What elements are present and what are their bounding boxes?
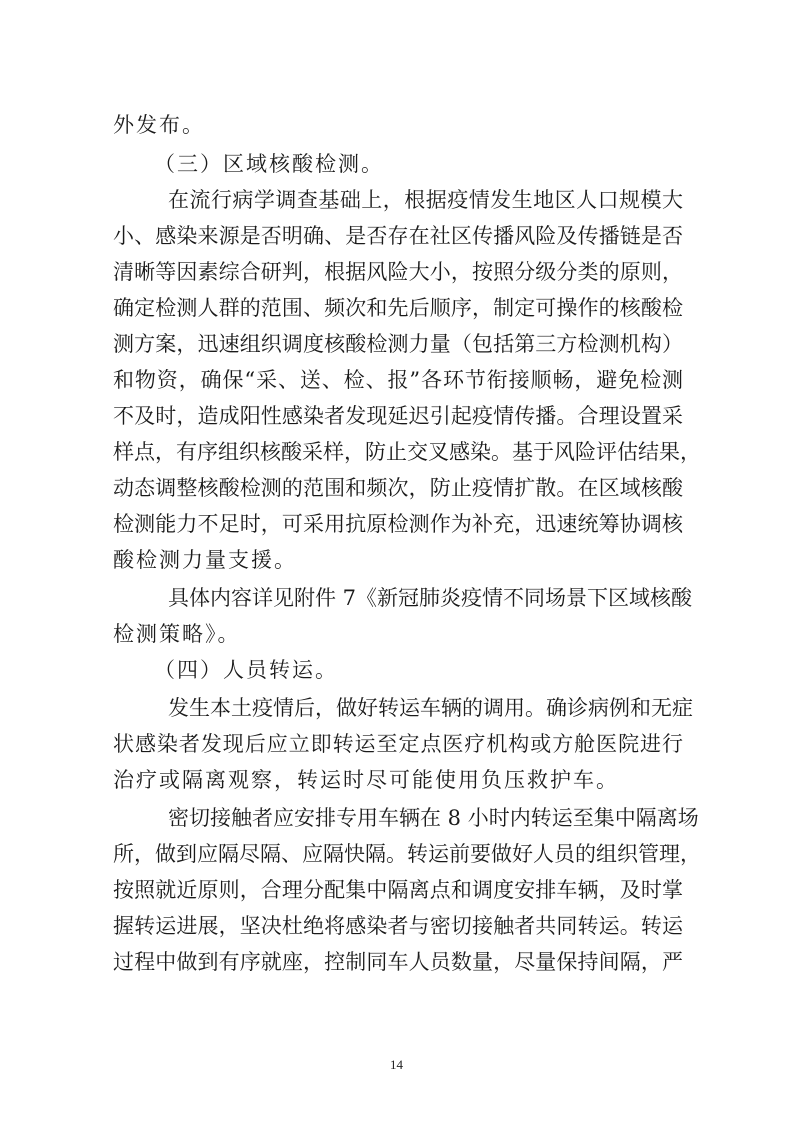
paragraph-line: 发生本土疫情后，做好转运车辆的调用。确诊病例和无症 (168, 690, 683, 726)
paragraph-line: 检测能力不足时，可采用抗原检测作为补充，迅速统筹协调核 (113, 506, 683, 542)
paragraph-line: 小、感染来源是否明确、是否存在社区传播风险及传播链是否 (113, 218, 683, 254)
paragraph-line: 握转运进展，坚决杜绝将感染者与密切接触者共同转运。转运 (113, 908, 683, 944)
page-number: 14 (0, 1057, 793, 1073)
document-page: 外发布。（三）区域核酸检测。在流行病学调查基础上，根据疫情发生地区人口规模大小、… (0, 0, 793, 1122)
paragraph-line: 测方案，迅速组织调度核酸检测力量（包括第三方检测机构） (113, 326, 683, 362)
paragraph-line: 过程中做到有序就座，控制同车人员数量，尽量保持间隔，严 (113, 944, 683, 980)
paragraph-line: 所，做到应隔尽隔、应隔快隔。转运前要做好人员的组织管理， (113, 836, 683, 872)
paragraph-line: 治疗或隔离观察，转运时尽可能使用负压救护车。 (113, 762, 683, 798)
paragraph-line: 具体内容详见附件 7《新冠肺炎疫情不同场景下区域核酸 (168, 580, 683, 616)
paragraph-line: 清晰等因素综合研判，根据风险大小，按照分级分类的原则， (113, 254, 683, 290)
paragraph-line: 状感染者发现后应立即转运至定点医疗机构或方舱医院进行 (113, 726, 683, 762)
paragraph-line: 在流行病学调查基础上，根据疫情发生地区人口规模大 (168, 182, 683, 218)
section-heading: （三）区域核酸检测。 (154, 146, 683, 182)
paragraph-line: 样点，有序组织核酸采样，防止交叉感染。基于风险评估结果， (113, 434, 683, 470)
paragraph-line: 按照就近原则，合理分配集中隔离点和调度安排车辆，及时掌 (113, 872, 683, 908)
paragraph-line: 和物资，确保“采、送、检、报”各环节衔接顺畅，避免检测 (113, 362, 683, 398)
paragraph-line: 确定检测人群的范围、频次和先后顺序，制定可操作的核酸检 (113, 290, 683, 326)
paragraph-line: 不及时，造成阳性感染者发现延迟引起疫情传播。合理设置采 (113, 398, 683, 434)
section-heading: （四）人员转运。 (154, 652, 683, 688)
paragraph-line: 密切接触者应安排专用车辆在 8 小时内转运至集中隔离场 (168, 800, 683, 836)
paragraph-line: 酸检测力量支援。 (113, 542, 683, 578)
paragraph-line: 检测策略》。 (113, 616, 683, 652)
paragraph-line: 外发布。 (113, 107, 683, 143)
paragraph-line: 动态调整核酸检测的范围和频次，防止疫情扩散。在区域核酸 (113, 470, 683, 506)
